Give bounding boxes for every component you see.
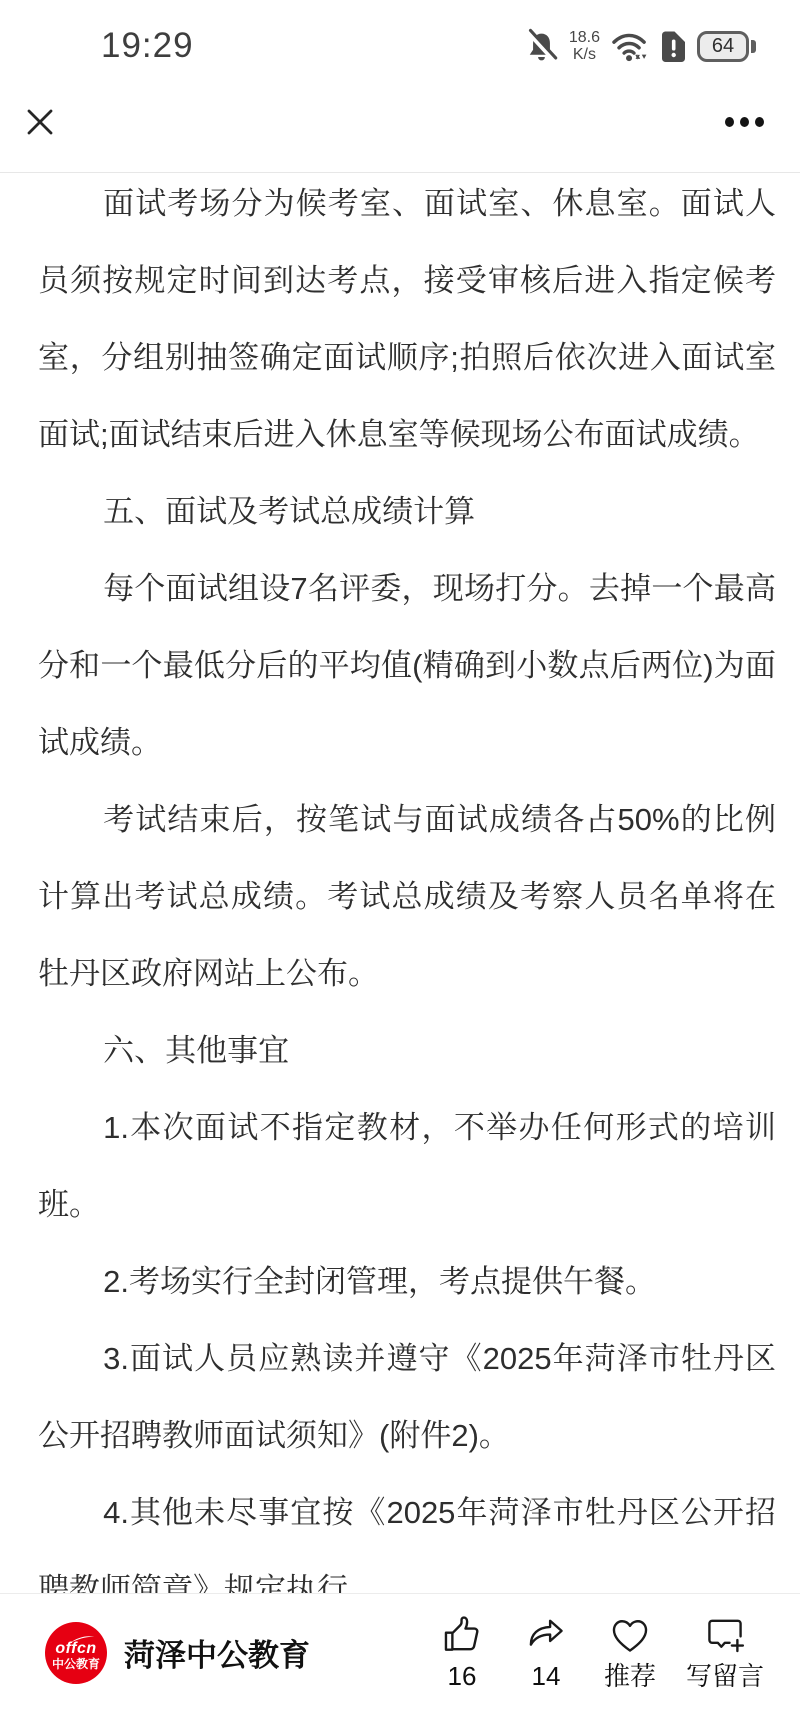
network-speed-unit: K/s bbox=[573, 46, 596, 63]
close-icon[interactable] bbox=[22, 104, 58, 140]
status-icons: 18.6 K/s 64 bbox=[525, 22, 756, 70]
article-paragraph: 2.考场实行全封闭管理，考点提供午餐。 bbox=[38, 1243, 776, 1320]
network-speed: 18.6 K/s bbox=[569, 29, 600, 63]
wifi-icon bbox=[611, 30, 650, 63]
share-count: 14 bbox=[532, 1660, 561, 1692]
like-button[interactable]: 16 bbox=[434, 1613, 490, 1692]
battery-percent: 64 bbox=[712, 35, 734, 58]
network-speed-value: 18.6 bbox=[569, 29, 600, 46]
header-bar bbox=[0, 86, 800, 172]
article-paragraph: 4.其他未尽事宜按《2025年菏泽市牡丹区公开招聘教师简章》规定执行 bbox=[38, 1474, 776, 1593]
article-paragraph: 面试考场分为候考室、面试室、休息室。面试人员须按规定时间到达考点，接受审核后进入… bbox=[38, 173, 776, 473]
like-count: 16 bbox=[448, 1660, 477, 1692]
article-paragraph: 考试结束后，按笔试与面试成绩各占50%的比例计算出考试总成绩。考试总成绩及考察人… bbox=[38, 781, 776, 1012]
account-name: 菏泽中公教育 bbox=[124, 1630, 310, 1675]
battery-icon: 64 bbox=[697, 31, 756, 62]
write-comment-icon bbox=[703, 1613, 747, 1657]
recommend-label: 推荐 bbox=[604, 1660, 656, 1692]
more-icon[interactable] bbox=[725, 116, 764, 128]
account-link[interactable]: offcn 中公教育 菏泽中公教育 bbox=[0, 1622, 310, 1684]
article-scroll-area[interactable]: 面试考场分为候考室、面试室、休息室。面试人员须按规定时间到达考点，接受审核后进入… bbox=[0, 173, 800, 1593]
article-paragraph: 1.本次面试不指定教材，不举办任何形式的培训班。 bbox=[38, 1089, 776, 1243]
footer-actions: 16 14 推荐 bbox=[434, 1613, 800, 1692]
clock-time: 19:29 bbox=[101, 26, 194, 66]
article-section-heading: 五、面试及考试总成绩计算 bbox=[38, 473, 776, 550]
article-paragraph: 每个面试组设7名评委，现场打分。去掉一个最高分和一个最低分后的平均值(精确到小数… bbox=[38, 550, 776, 781]
logo-text-offcn: offcn bbox=[55, 1641, 96, 1657]
sim-alert-icon bbox=[661, 30, 686, 63]
heart-icon bbox=[608, 1613, 652, 1657]
thumbs-up-icon bbox=[440, 1613, 484, 1657]
logo-text-zhonggong: 中公教育 bbox=[52, 1657, 100, 1671]
write-comment-button[interactable]: 写留言 bbox=[686, 1613, 764, 1692]
article-body: 面试考场分为候考室、面试室、休息室。面试人员须按规定时间到达考点，接受审核后进入… bbox=[38, 173, 776, 1593]
status-bar: 19:29 18.6 K/s bbox=[0, 0, 800, 86]
share-icon bbox=[524, 1613, 568, 1657]
article-section-heading: 六、其他事宜 bbox=[38, 1012, 776, 1089]
notifications-muted-icon bbox=[525, 28, 558, 65]
share-button[interactable]: 14 bbox=[518, 1613, 574, 1692]
recommend-button[interactable]: 推荐 bbox=[602, 1613, 658, 1692]
footer-bar: offcn 中公教育 菏泽中公教育 16 14 bbox=[0, 1593, 800, 1711]
write-comment-label: 写留言 bbox=[686, 1660, 764, 1692]
article-paragraph: 3.面试人员应熟读并遵守《2025年菏泽市牡丹区公开招聘教师面试须知》(附件2)… bbox=[38, 1320, 776, 1474]
offcn-logo: offcn 中公教育 bbox=[45, 1622, 107, 1684]
